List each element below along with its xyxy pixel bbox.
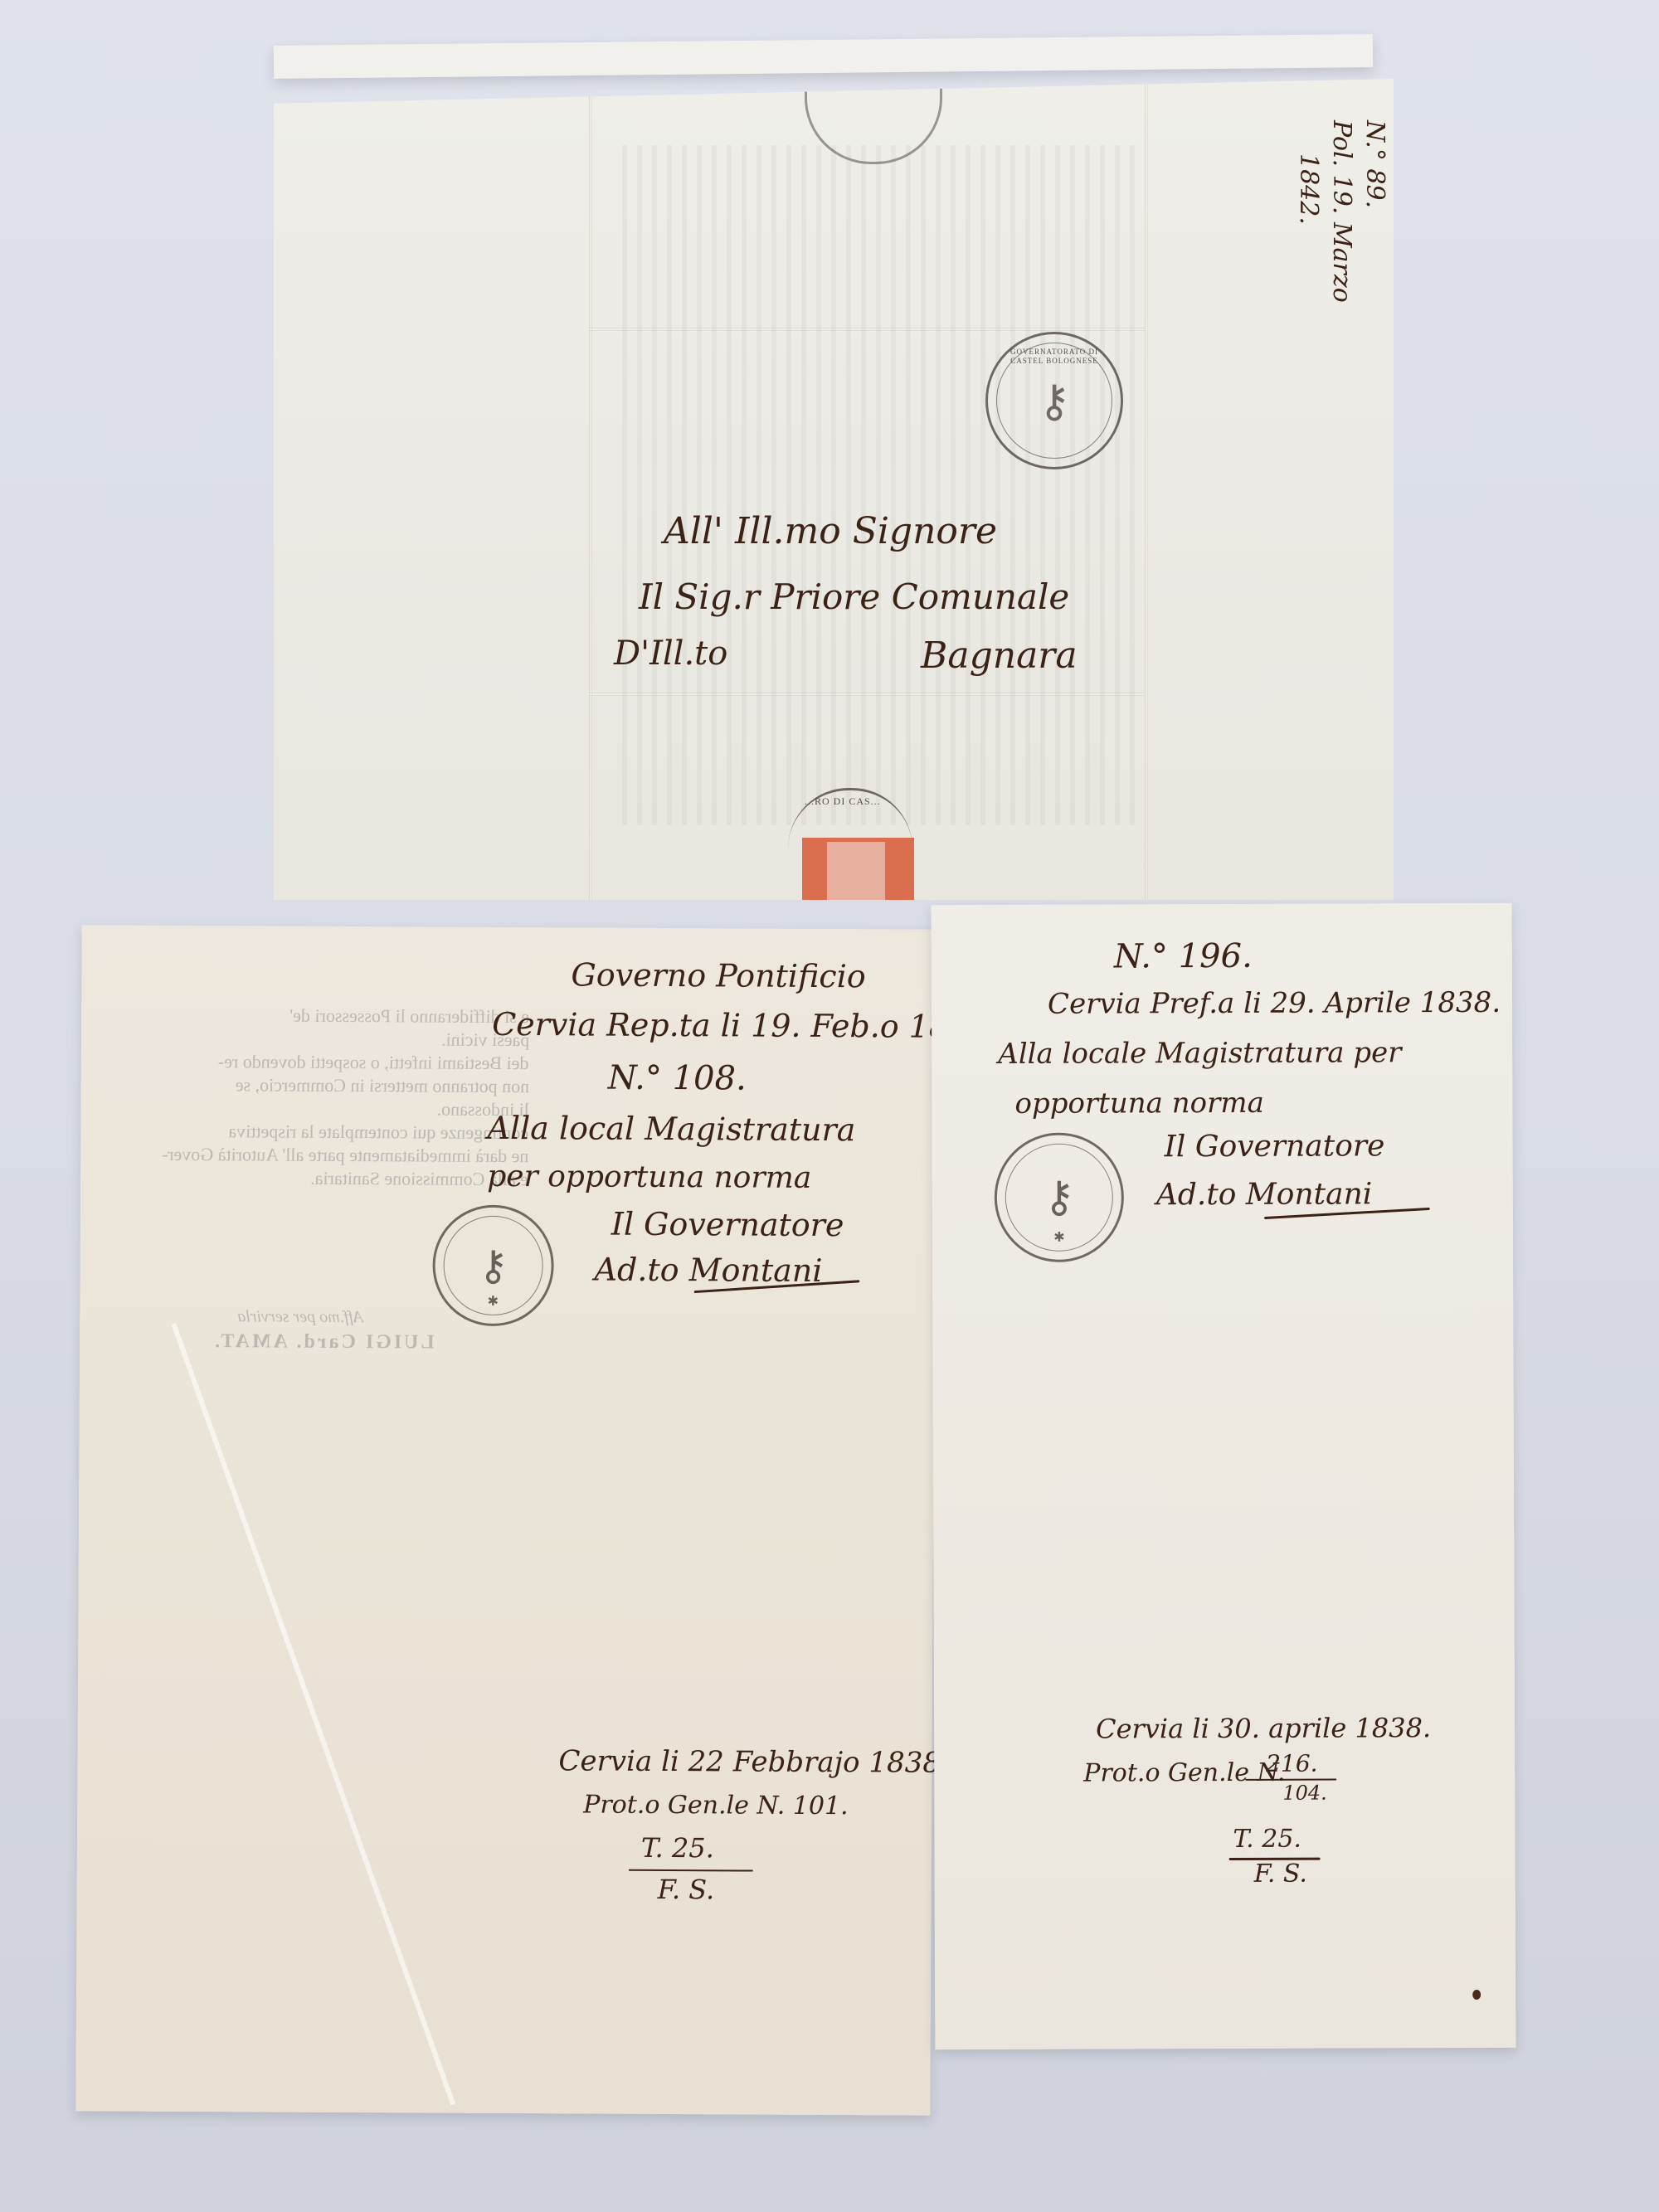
footer-initials: F. S.	[658, 1874, 715, 1905]
mirrored-print-block: e si diffideranno li Possessori de' paes…	[181, 1004, 529, 1006]
footer-tax: T. 25.	[641, 1832, 714, 1864]
folded-letter-back-sheet	[274, 34, 1373, 79]
footer-date: Cervia li 22 Febbrajo 1838.	[558, 1744, 949, 1779]
header-line-1: Governo Pontificio	[571, 956, 865, 994]
header-date: Cervia Pref.a li 29. Aprile 1838.	[1048, 986, 1501, 1021]
footer-rule	[629, 1869, 753, 1872]
footer-date: Cervia li 30. aprile 1838.	[1096, 1712, 1431, 1744]
instruction-line-1: Alla locale Magistratura per	[998, 1036, 1401, 1071]
instruction-line-2: per opportuna norma	[487, 1159, 811, 1195]
left-document: e si diffideranno li Possessori de' paes…	[75, 925, 936, 2115]
signature-name: Ad.to Montani	[594, 1252, 822, 1289]
margin-note: N.° 89. Pol. 19. Marzo 1842.	[1224, 120, 1389, 336]
header-number: N.° 196.	[1114, 937, 1253, 976]
instruction-line-1: Alla local Magistratura	[487, 1110, 855, 1148]
header-line-2: Cervia Rep.ta li 19. Feb.o 1838.	[492, 1006, 1000, 1045]
address-line-2: Il Sig.r Priore Comunale	[639, 576, 1069, 617]
footer-initials: F. S.	[1254, 1860, 1307, 1889]
header-line-3: N.° 108.	[608, 1059, 747, 1098]
wax-seal	[802, 838, 914, 904]
mirrored-signature-line1: Aff.mo per servirla	[237, 1307, 363, 1327]
star-icon: ✱	[1053, 1229, 1064, 1245]
instruction-line-2: opportuna norma	[1014, 1087, 1264, 1121]
address-line-3: D'Ill.to	[614, 634, 727, 673]
footer-protocol: Prot.o Gen.le N. 101.	[583, 1790, 849, 1821]
protocol-number-top: 216.	[1266, 1750, 1317, 1777]
cervia-seal: ⚷ ✱	[995, 1132, 1125, 1262]
mirrored-signature-line2: LUIGI Card. AMAT.	[212, 1330, 435, 1354]
signature-title: Il Governatore	[1165, 1129, 1385, 1164]
folded-letter: GOVERNATORATO DI CASTEL BOLOGNESE ⚷ N.° …	[274, 79, 1394, 900]
footer-protocol: Prot.o Gen.le N.	[1083, 1758, 1285, 1788]
ink-spot	[1472, 1990, 1481, 2000]
signature-name: Ad.to Montani	[1156, 1177, 1373, 1212]
cervia-seal: ⚷ ✱	[432, 1205, 554, 1327]
governatorato-seal: GOVERNATORATO DI CASTEL BOLOGNESE ⚷	[985, 332, 1123, 469]
protocol-number-bottom: 104.	[1282, 1782, 1327, 1805]
bleed-through-print	[622, 145, 1136, 825]
fold-line-right	[1145, 79, 1148, 900]
paper-crease	[171, 1323, 455, 2105]
footer-tax: T. 25.	[1233, 1825, 1301, 1854]
signature-title: Il Governatore	[611, 1206, 844, 1243]
right-document: N.° 196. Cervia Pref.a li 29. Aprile 183…	[932, 903, 1516, 2049]
address-line-1: All' Ill.mo Signore	[664, 510, 997, 552]
star-icon: ✱	[488, 1293, 499, 1309]
fold-line-left	[589, 79, 592, 900]
address-line-4: Bagnara	[921, 634, 1078, 677]
protocol-fraction-rule	[1245, 1779, 1336, 1781]
